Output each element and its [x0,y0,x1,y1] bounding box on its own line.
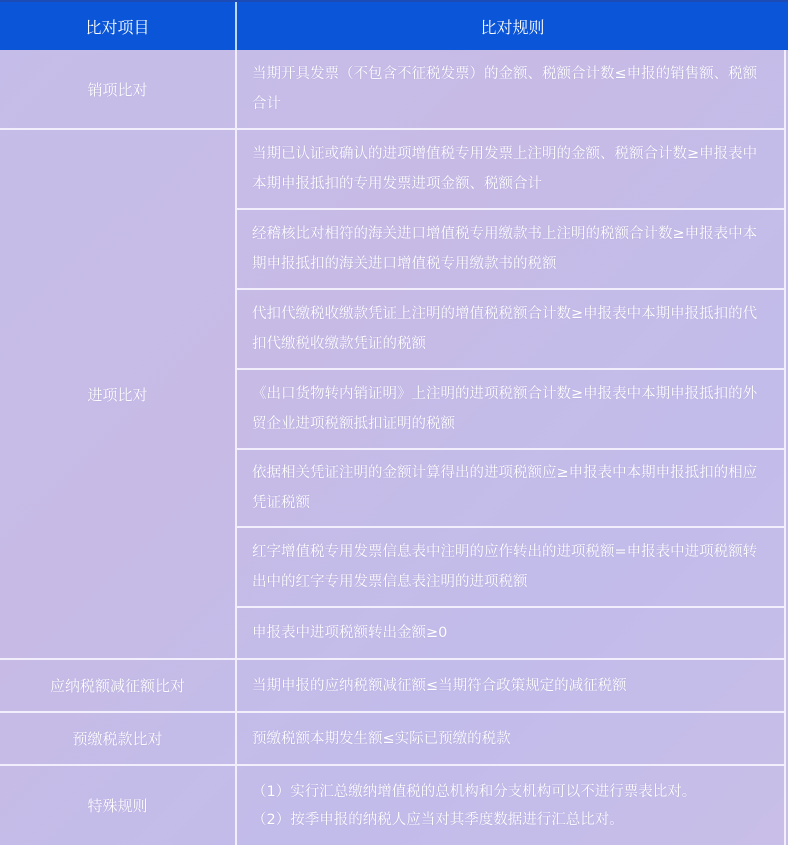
item-cell-prepaid-tax: 预缴税款比对 [0,713,237,766]
header-rule-column: 比对规则 [237,2,788,50]
item-cell-tax-reduction: 应纳税额减征额比对 [0,660,237,713]
rule-text: 《出口货物转内销证明》上注明的进项税额合计数≥申报表中本期申报抵扣的外贸企业进项… [252,379,770,439]
rule-cell: （1）实行汇总缴纳增值税的总机构和分支机构可以不进行票表比对。 （2）按季申报的… [237,766,786,845]
rule-text: 经稽核比对相符的海关进口增值税专用缴款书上注明的税额合计数≥申报表中本期申报抵扣… [252,219,770,279]
rule-cell: 《出口货物转内销证明》上注明的进项税额合计数≥申报表中本期申报抵扣的外贸企业进项… [237,370,786,450]
rule-cell: 代扣代缴税收缴款凭证上注明的增值税税额合计数≥申报表中本期申报抵扣的代扣代缴税收… [237,290,786,370]
item-cell-special-rules: 特殊规则 [0,766,237,845]
header-item-column: 比对项目 [0,2,237,50]
item-cell-input: 进项比对 [0,130,237,660]
rule-cell: 申报表中进项税额转出金额≥0 [237,608,786,660]
rule-cell: 当期已认证或确认的进项增值税专用发票上注明的金额、税额合计数≥申报表中本期申报抵… [237,130,786,210]
table-header: 比对项目 比对规则 [0,0,788,50]
rule-cell: 预缴税额本期发生额≤实际已预缴的税款 [237,713,786,766]
rule-text: （2）按季申报的纳税人应当对其季度数据进行汇总比对。 [252,806,696,834]
rule-text: 依据相关凭证注明的金额计算得出的进项税额应≥申报表中本期申报抵扣的相应凭证税额 [252,458,770,518]
rule-text: 当期开具发票（不包含不征税发票）的金额、税额合计数≤申报的销售额、税额合计 [252,59,770,119]
rule-text: 红字增值税专用发票信息表中注明的应作转出的进项税额=申报表中进项税额转出中的红字… [252,537,770,597]
rule-text: 当期申报的应纳税额减征额≤当期符合政策规定的减征税额 [252,671,627,701]
rule-cell: 当期开具发票（不包含不征税发票）的金额、税额合计数≤申报的销售额、税额合计 [237,50,786,130]
comparison-rules-table: 比对项目 比对规则 销项比对 当期开具发票（不包含不征税发票）的金额、税额合计数… [0,0,788,845]
rule-text: （1）实行汇总缴纳增值税的总机构和分支机构可以不进行票表比对。 [252,778,696,806]
item-cell-sales: 销项比对 [0,50,237,130]
rule-cell: 红字增值税专用发票信息表中注明的应作转出的进项税额=申报表中进项税额转出中的红字… [237,528,786,608]
rule-text: 申报表中进项税额转出金额≥0 [252,618,447,648]
rule-text: 代扣代缴税收缴款凭证上注明的增值税税额合计数≥申报表中本期申报抵扣的代扣代缴税收… [252,299,770,359]
rule-text: 当期已认证或确认的进项增值税专用发票上注明的金额、税额合计数≥申报表中本期申报抵… [252,139,770,199]
rule-cell: 依据相关凭证注明的金额计算得出的进项税额应≥申报表中本期申报抵扣的相应凭证税额 [237,450,786,528]
rule-cell: 当期申报的应纳税额减征额≤当期符合政策规定的减征税额 [237,660,786,713]
rule-text: 预缴税额本期发生额≤实际已预缴的税款 [252,724,511,754]
rule-cell: 经稽核比对相符的海关进口增值税专用缴款书上注明的税额合计数≥申报表中本期申报抵扣… [237,210,786,290]
